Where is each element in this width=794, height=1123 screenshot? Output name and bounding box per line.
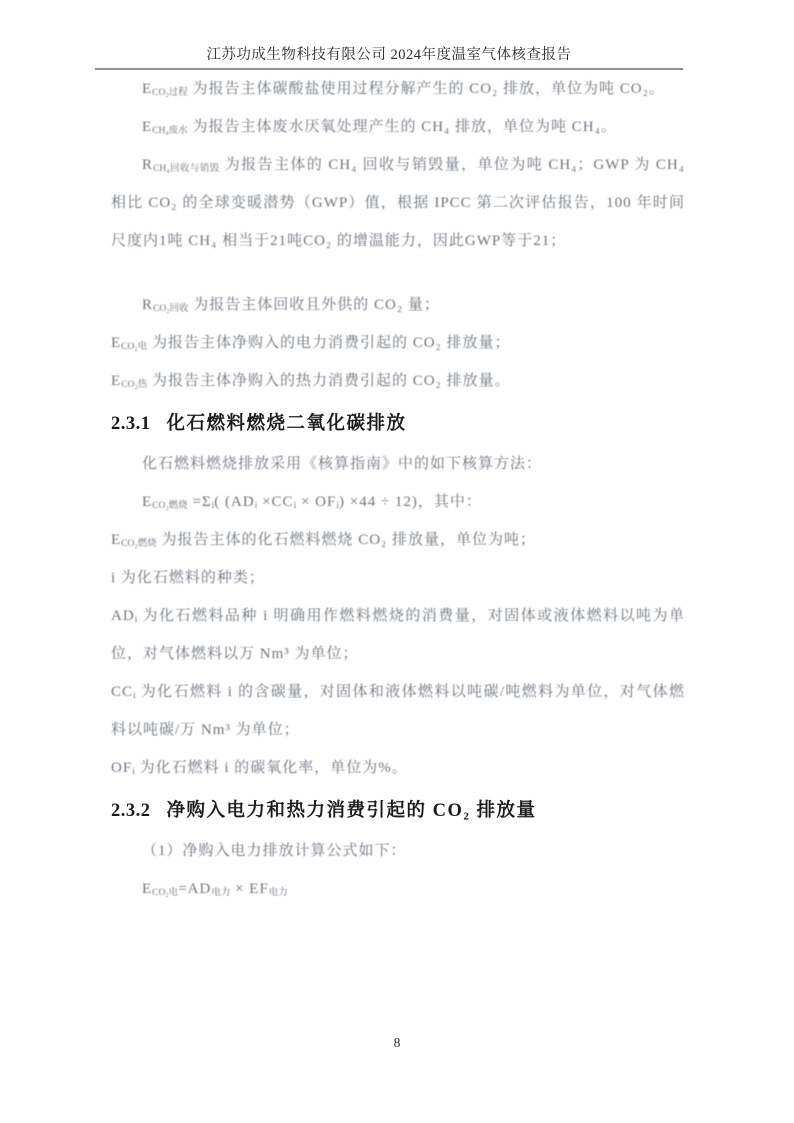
- text-run: 化石燃料燃烧排放采用《核算指南》中的如下核算方法：: [142, 456, 542, 472]
- paragraph: ECO₂燃烧 为报告主体的化石燃料燃烧 CO₂ 排放量，单位为吨；: [111, 521, 685, 559]
- subscript-text: CO₂燃烧: [121, 539, 157, 549]
- text-run: E: [142, 494, 152, 510]
- document-body: ECO₂过程 为报告主体碳酸盐使用过程分解产生的 CO₂ 排放，单位为吨 CO₂…: [111, 70, 685, 908]
- paragraph: ECO₂热 为报告主体净购入的热力消费引起的 CO₂ 排放量。: [111, 362, 685, 400]
- paragraph: RCH₄回收与销毁 为报告主体的 CH₄ 回收与销毁量，单位为吨 CH₄；GWP…: [111, 146, 685, 260]
- text-run: 为化石燃料品种 i 明确用作燃料燃烧的消费量，对固体或液体燃料以吨为单位，对气体…: [111, 608, 685, 662]
- document-page: 江苏功成生物科技有限公司 2024年度温室气体核查报告 ECO₂过程 为报告主体…: [0, 0, 794, 1123]
- subscript-text: CO₂回收: [153, 304, 189, 314]
- formula: ECO₂燃烧 =Σi( (ADi ×CCi × OFi) ×44 ÷ 12)，其…: [111, 483, 685, 521]
- text-run: i 为化石燃料的种类；: [111, 570, 265, 586]
- text-run: E: [142, 81, 152, 97]
- paragraph: RCO₂回收 为报告主体回收且外供的 CO₂ 量；: [111, 286, 685, 324]
- paragraph: ECH₄废水 为报告主体废水厌氧处理产生的 CH₄ 排放，单位为吨 CH₄。: [111, 108, 685, 146]
- heading-text: 净购入电力和热力消费引起的 CO₂ 排放量: [167, 801, 537, 821]
- page-number: 8: [394, 1035, 401, 1050]
- paragraph: （1）净购入电力排放计算公式如下：: [111, 832, 685, 870]
- text-run: 为化石燃料 i 的含碳量，对固体和液体燃料以吨碳/吨燃料为单位，对气体燃料以吨碳…: [111, 684, 685, 738]
- text-run: 为报告主体的化石燃料燃烧 CO₂ 排放量，单位为吨；: [157, 532, 536, 548]
- page-footer: 8: [0, 1034, 794, 1052]
- subscript-text: CO₂电: [121, 342, 147, 352]
- text-run: 为报告主体碳酸盐使用过程分解产生的 CO₂ 排放，单位为吨 CO₂。: [188, 81, 665, 97]
- page-header: 江苏功成生物科技有限公司 2024年度温室气体核查报告: [95, 45, 683, 70]
- subscript-text: 电力: [211, 888, 230, 898]
- text-run: ( (AD: [214, 494, 254, 510]
- subscript-text: CH₄废水: [152, 126, 188, 136]
- text-run: E: [111, 373, 121, 389]
- text-run: =AD: [178, 881, 211, 897]
- text-run: 为报告主体净购入的热力消费引起的 CO₂ 排放量。: [147, 373, 510, 389]
- subscript-text: CH₄回收与销毁: [153, 164, 220, 174]
- subscript-text: CO₂热: [121, 380, 147, 390]
- text-run: E: [111, 532, 121, 548]
- text-run: =Σ: [188, 494, 212, 510]
- heading-text: 化石燃料燃烧二氧化碳排放: [167, 414, 407, 434]
- text-run: R: [142, 297, 153, 313]
- paragraph: OFi 为化石燃料 i 的碳氧化率，单位为%。: [111, 749, 685, 787]
- section-heading: 2.3.2净购入电力和热力消费引起的 CO₂ 排放量: [111, 790, 685, 832]
- text-run: E: [142, 119, 152, 135]
- section-heading: 2.3.1化石燃料燃烧二氧化碳排放: [111, 403, 685, 445]
- text-run: 为报告主体回收且外供的 CO₂ 量；: [189, 297, 440, 313]
- text-run: E: [142, 881, 152, 897]
- text-run: E: [111, 335, 121, 351]
- text-run: 为化石燃料 i 的碳氧化率，单位为%。: [135, 760, 408, 776]
- text-run: 为报告主体净购入的电力消费引起的 CO₂ 排放量；: [147, 335, 510, 351]
- text-run: AD: [111, 608, 135, 624]
- subscript-text: 电力: [269, 888, 288, 898]
- text-run: OF: [111, 760, 132, 776]
- subscript-text: CO₂过程: [152, 88, 188, 98]
- text-run: R: [142, 157, 153, 173]
- text-run: ) ×44 ÷ 12)，其中：: [339, 494, 482, 510]
- text-run: × EF: [230, 881, 268, 897]
- heading-number: 2.3.1: [111, 414, 151, 434]
- header-title: 江苏功成生物科技有限公司 2024年度温室气体核查报告: [95, 45, 683, 65]
- text-run: CC: [111, 684, 133, 700]
- paragraph: i 为化石燃料的种类；: [111, 559, 685, 597]
- paragraph: ECO₂电 为报告主体净购入的电力消费引起的 CO₂ 排放量；: [111, 324, 685, 362]
- paragraph: ECO₂过程 为报告主体碳酸盐使用过程分解产生的 CO₂ 排放，单位为吨 CO₂…: [111, 70, 685, 108]
- paragraph: ADi 为化石燃料品种 i 明确用作燃料燃烧的消费量，对固体或液体燃料以吨为单位…: [111, 597, 685, 673]
- text-run: × OF: [296, 494, 336, 510]
- text-run: ×CC: [257, 494, 293, 510]
- subscript-text: CO₂燃烧: [152, 501, 188, 511]
- paragraph: 化石燃料燃烧排放采用《核算指南》中的如下核算方法：: [111, 445, 685, 483]
- subscript-text: CO₂电: [152, 888, 178, 898]
- text-run: （1）净购入电力排放计算公式如下：: [142, 843, 407, 859]
- text-run: 为报告主体废水厌氧处理产生的 CH₄ 排放，单位为吨 CH₄。: [188, 119, 617, 135]
- formula: ECO₂电=AD电力 × EF电力: [111, 870, 685, 908]
- heading-number: 2.3.2: [111, 801, 151, 821]
- paragraph: CCi 为化石燃料 i 的含碳量，对固体和液体燃料以吨碳/吨燃料为单位，对气体燃…: [111, 673, 685, 749]
